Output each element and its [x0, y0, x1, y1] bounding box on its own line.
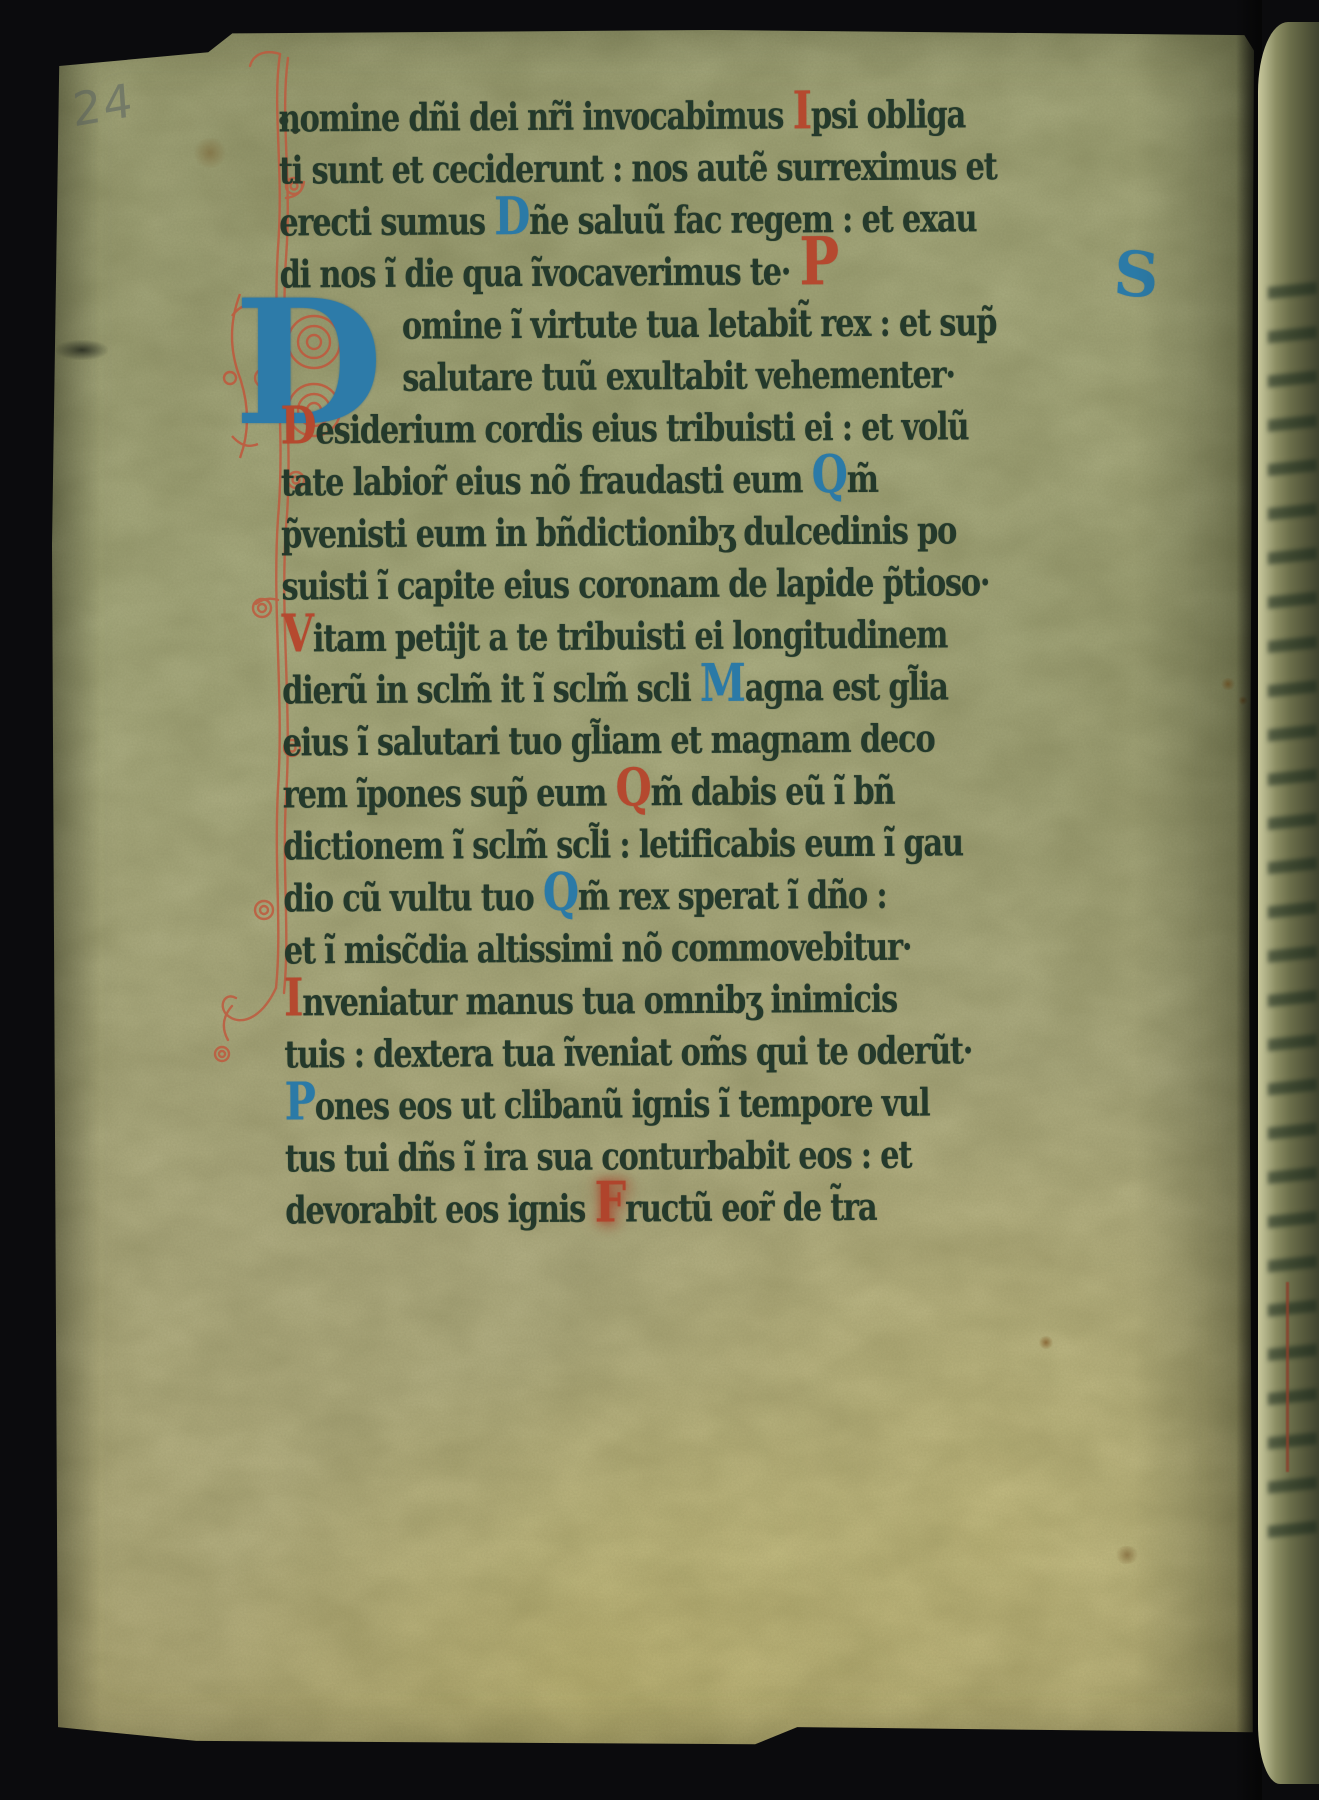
text-segment: itam petijt a te tribuisti ei longitudin…	[313, 611, 948, 660]
stain	[56, 340, 108, 360]
text-segment: tate labior̃ eius nõ fraudasti eum	[281, 456, 812, 504]
manuscript-line: p̃venisti eum in bñdictionibʒ dulcedinis…	[281, 503, 1111, 560]
manuscript-line: ti sunt et ceciderunt : nos autẽ surrexi…	[279, 139, 1109, 196]
text-block: nomine dñi dei nr̃i invocabimus Ipsi obl…	[279, 87, 1116, 1236]
manuscript-line-text: devorabit eos ignis Fructũ eor̃ de t̃ra	[285, 1181, 876, 1245]
folio-number: 24	[71, 72, 136, 137]
text-segment: m̃ rex sperat ĩ dño :	[578, 872, 887, 919]
text-segment: omine ĩ virtute tua letabit̃ rex : et su…	[402, 299, 997, 348]
text-segment: m̃ dabis eũ ĩ bñ	[650, 768, 894, 814]
text-segment: erecti sumus	[279, 198, 494, 244]
manuscript-line: suisti ĩ capite eius coronam de lapide p…	[281, 555, 1111, 612]
stain	[1220, 678, 1236, 690]
manuscript-page: 24	[52, 30, 1254, 1746]
manuscript-line: tate labior̃ eius nõ fraudasti eum Qm̃	[281, 451, 1111, 508]
text-segment: nomine dñi dei nr̃i invocabimus	[279, 92, 793, 140]
manuscript-line: dio cũ vultu tuo Qm̃ rex sperat ĩ dño :	[283, 867, 1113, 924]
text-segment: di nos ĩ die qua ĩvocaverimus te·	[279, 248, 799, 296]
text-segment: dictionem ĩ sclm̃ scl̃i : letificabis eu…	[283, 819, 963, 868]
manuscript-line: rem ĩpones sup̃ eum Qm̃ dabis eũ ĩ bñ	[283, 763, 1113, 820]
manuscript-line: di nos ĩ die qua ĩvocaverimus te· P	[279, 243, 1109, 300]
facing-page-edge	[1258, 22, 1319, 1784]
manuscript-line: et ĩ misc̃dia altissimi nõ commovebitur·	[284, 919, 1114, 976]
manuscript-line: tuis : dextera tua ĩveniat om̃s qui te o…	[284, 1023, 1114, 1080]
manuscript-line: dictionem ĩ sclm̃ scl̃i : letificabis eu…	[283, 815, 1113, 872]
text-segment: salutare tuũ exultabit vehementer·	[402, 351, 955, 399]
illuminated-initial: M	[700, 653, 745, 714]
manuscript-line: Pones eos ut clibanũ ignis ĩ tempore vul	[285, 1075, 1115, 1132]
text-segment: ñe saluũ fac regem : et exau	[529, 195, 976, 243]
text-segment: nveniatur manus tua omnibʒ inimicis	[302, 976, 897, 1025]
facing-page-text-blur	[1268, 272, 1317, 1544]
text-segment: p̃venisti eum in bñdictionibʒ dulcedinis…	[281, 507, 956, 556]
text-segment: esiderium cordis eius tribuisti ei : et …	[315, 403, 968, 452]
text-segment: tuis : dextera tua ĩveniat om̃s qui te o…	[284, 1027, 972, 1076]
stain	[192, 138, 228, 168]
manuscript-line: omine ĩ virtute tua letabit̃ rex : et su…	[280, 295, 1110, 352]
manuscript-photo: 24	[0, 0, 1319, 1800]
illuminated-initial: Q	[543, 862, 578, 923]
text-segment: suisti ĩ capite eius coronam de lapide p…	[281, 559, 989, 608]
illuminated-initial: D	[494, 186, 529, 247]
manuscript-line: Desiderium cordis eius tribuisti ei : et…	[280, 399, 1110, 456]
illuminated-initial: I	[792, 80, 811, 141]
illuminated-initial: P	[799, 222, 838, 300]
stain	[1114, 1546, 1140, 1564]
text-segment: m̃	[847, 456, 878, 501]
text-segment: agna est gl̃ia	[745, 663, 948, 709]
text-segment: ones eos ut clibanũ ignis ĩ tempore vul	[315, 1080, 930, 1129]
text-segment: et ĩ misc̃dia altissimi nõ commovebitur·	[284, 924, 912, 973]
text-segment: eius ĩ salutari tuo gl̃iam et magnam dec…	[282, 716, 934, 765]
manuscript-line: tus tui dñs ĩ ira sua conturbabit eos : …	[285, 1127, 1115, 1184]
illuminated-initial: Q	[615, 757, 650, 818]
text-segment: ti sunt et ceciderunt : nos autẽ surrexi…	[279, 143, 997, 192]
text-segment: rem ĩpones sup̃ eum	[283, 770, 616, 817]
manuscript-line: eius ĩ salutari tuo gl̃iam et magnam dec…	[282, 711, 1112, 768]
illuminated-initial: F	[594, 1169, 625, 1235]
manuscript-line: dierũ in sclm̃ it ĩ sclm̃ scli Magna est…	[282, 659, 1112, 716]
facing-page-rubric-line	[1286, 1282, 1289, 1472]
manuscript-line: nomine dñi dei nr̃i invocabimus Ipsi obl…	[279, 87, 1109, 144]
text-segment: dierũ in sclm̃ it ĩ sclm̃ scli	[282, 665, 700, 713]
text-segment: ructũ eor̃ de t̃ra	[625, 1184, 877, 1231]
illuminated-initial: Q	[811, 444, 846, 505]
illuminated-initial: V	[282, 603, 313, 664]
illuminated-initial: P	[284, 1071, 314, 1132]
illuminated-initial: D	[280, 395, 315, 456]
illuminated-initial: I	[284, 967, 303, 1028]
text-segment: dio cũ vultu tuo	[283, 874, 543, 921]
manuscript-line: devorabit eos ignis Fructũ eor̃ de t̃ra	[285, 1179, 1115, 1236]
stain	[1038, 1336, 1054, 1349]
text-segment: devorabit eos ignis	[285, 1186, 594, 1233]
text-segment: psi obliga	[811, 91, 965, 137]
manuscript-line: Inveniatur manus tua omnibʒ inimicis	[284, 971, 1114, 1028]
